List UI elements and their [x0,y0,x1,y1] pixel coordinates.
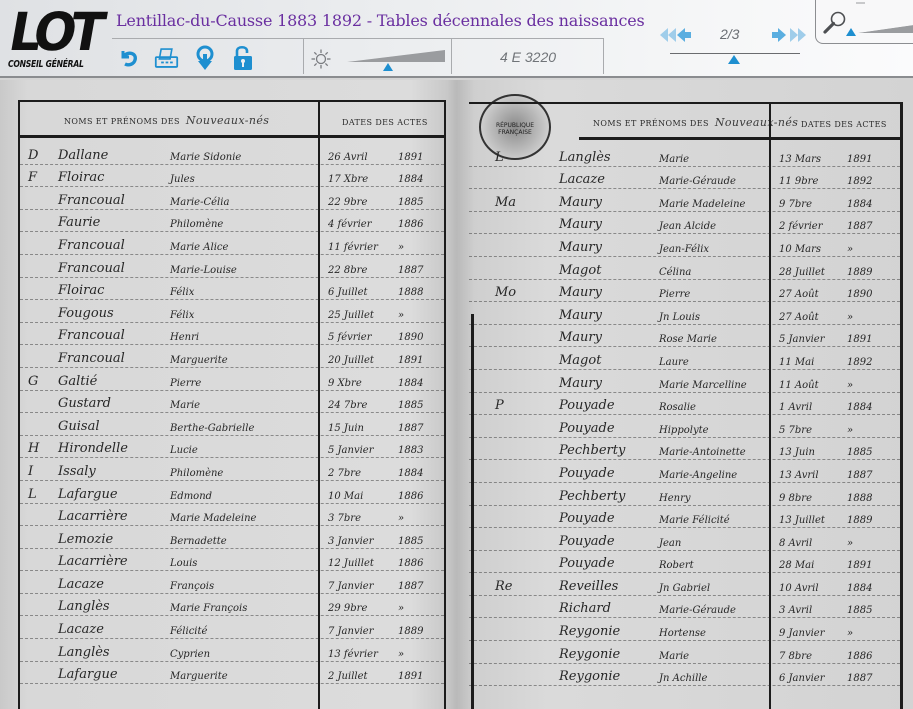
birth-year: » [847,312,853,323]
table-header: NOMS ET PRÉNOMS DESNouveaux-nés DATES DE… [20,102,444,138]
first-names: Henri [170,332,199,343]
first-names: Marguerite [170,355,228,366]
header-handwritten: Nouveaux-nés [715,116,798,129]
first-names: Marie-Antoinette [659,447,746,458]
first-names: Robert [659,560,694,571]
first-names: Marie-Louise [170,265,237,276]
document-title: Lentillac-du-Causse 1883 1892 - Tables d… [116,11,645,30]
birth-date: 4 février [328,219,372,230]
birth-year: 1885 [847,605,872,616]
first-names: Marie Marcelline [659,380,747,391]
first-names: Jean Alcide [659,221,716,232]
surname: Magot [559,263,601,278]
birth-year: 1888 [398,287,423,298]
surname: Magot [559,353,601,368]
zoom-slider-track[interactable] [858,23,913,33]
table-row: MauryRose Marie5 Janvier1891 [469,325,900,348]
viewer-header: LOT CONSEIL GÉNÉRAL Lentillac-du-Causse … [0,0,913,78]
birth-date: 3 7bre [328,513,361,524]
table-row: PPouyadeRosalie1 Avril1884 [469,393,900,416]
birth-date: 11 9bre [779,176,818,187]
table-row: FrancoualMarie-Louise22 8bre1887 [20,255,444,278]
table-row: PechbertyHenry9 8bre1888 [469,483,900,506]
birth-year: » [398,603,404,614]
birth-date: 6 Janvier [779,673,825,684]
first-names: Pierre [659,289,690,300]
birth-date: 2 7bre [328,468,361,479]
page-indicator: 2/3 [720,26,739,42]
birth-year: 1886 [847,651,872,662]
back-button[interactable] [116,44,141,72]
table-row: FrancoualMarie-Célia22 9bre1885 [20,187,444,210]
birth-year: » [847,244,853,255]
lock-button[interactable] [230,44,255,72]
surname: Maury [559,308,602,323]
birth-year: 1883 [398,445,423,456]
birth-date: 25 Juillet [328,310,374,321]
birth-year: 1887 [398,581,423,592]
index-letter: P [495,398,504,413]
birth-date: 9 7bre [779,199,812,210]
header-names-column: NOMS ET PRÉNOMS DESNouveaux-nés [593,116,798,129]
birth-date: 7 8bre [779,651,812,662]
table-row: PechbertyMarie-Antoinette13 Juin1885 [469,438,900,461]
surname: Maury [559,330,602,345]
birth-year: 1889 [847,267,872,278]
table-row: MauryJean Alcide2 février1887 [469,212,900,235]
table-row: MauryJean-Félix10 Mars» [469,234,900,257]
page-slider-thumb[interactable] [728,55,740,64]
birth-date: 9 8bre [779,493,812,504]
birth-date: 13 Avril [779,470,819,481]
birth-year: » [398,513,404,524]
table-row: ReygonieJn Achille6 Janvier1887 [469,664,900,687]
previous-page-button[interactable] [676,27,692,43]
table-row: MoMauryPierre27 Août1890 [469,280,900,303]
table-row: HHirondelleLucie5 Janvier1883 [20,436,444,459]
surname: Pechberty [559,443,625,458]
birth-date: 5 Janvier [779,334,825,345]
table-row: MauryJn Louis27 Août» [469,302,900,325]
birth-year: 1890 [398,332,423,343]
birth-date: 29 9bre [328,603,367,614]
logo[interactable]: LOT CONSEIL GÉNÉRAL [6,4,106,74]
birth-date: 1 Avril [779,402,812,413]
birth-year: 1887 [847,470,872,481]
birth-year: » [398,649,404,660]
birth-date: 10 Mai [328,491,363,502]
birth-date: 15 Juin [328,423,364,434]
surname: Pouyade [559,398,615,413]
first-names: Jn Louis [659,312,700,323]
birth-year: 1891 [398,355,423,366]
birth-year: » [847,538,853,549]
birth-year: 1885 [398,400,423,411]
table-row: RichardMarie-Géraude3 Avril1885 [469,596,900,619]
undo-arrow-icon [118,47,140,69]
surname: Pouyade [559,534,615,549]
first-names: Bernadette [170,536,227,547]
first-names: Marie [170,400,200,411]
table-row: LacarrièreMarie Madeleine3 7bre» [20,504,444,527]
first-names: Jean [659,538,681,549]
zoom-out-button[interactable] [856,2,865,4]
birth-date: 11 février [328,242,378,253]
surname: Langlès [58,645,110,660]
first-names: Philomène [170,219,223,230]
birth-date: 5 7bre [779,425,812,436]
birth-date: 27 Août [779,289,819,300]
sun-icon [311,49,331,69]
table-row: DDallaneMarie Sidonie26 Avril1891 [20,142,444,165]
surname: Maury [559,285,602,300]
surname: Lafargue [58,667,118,682]
surname: Pouyade [559,556,615,571]
first-names: Rosalie [659,402,696,413]
first-names: Hippolyte [659,425,709,436]
birth-year: 1888 [847,493,872,504]
first-names: Marie-Géraude [659,176,736,187]
index-letter: D [28,148,38,163]
zoom-control [815,0,913,44]
table-header: NOMS ET PRÉNOMS DESNouveaux-nés DATES DE… [579,104,900,140]
birth-year: 1886 [398,558,423,569]
birth-date: 20 Juillet [328,355,374,366]
surname: Francoual [58,238,125,253]
first-names: Laure [659,357,689,368]
table-row: FFloiracJules17 Xbre1884 [20,165,444,188]
table-row: LanglèsCyprien13 février» [20,639,444,662]
first-names: Edmond [170,491,212,502]
birth-date: 2 Juillet [328,671,368,682]
first-names: Marie-Célia [170,197,229,208]
first-names: Félix [170,310,194,321]
surname: Lacarrière [58,509,128,524]
birth-year: 1891 [398,671,423,682]
table-row: ReReveillesJn Gabriel10 Avril1884 [469,573,900,596]
birth-year: 1891 [847,334,872,345]
surname: Galtié [58,374,97,389]
logo-subtitle: CONSEIL GÉNÉRAL [8,59,84,70]
download-icon [194,45,216,71]
birth-year: 1891 [398,152,423,163]
header-handwritten: Nouveaux-nés [186,114,269,127]
surname: Reveilles [559,579,618,594]
register-table-left: NOMS ET PRÉNOMS DESNouveaux-nés DATES DE… [18,100,446,709]
birth-year: 1889 [847,515,872,526]
toolbar [112,40,255,76]
first-names: Marie Alice [170,242,228,253]
surname: Lafargue [58,487,118,502]
surname: Pouyade [559,421,615,436]
register-rows: LLanglèsMarie13 Mars1891LacazeMarie-Géra… [469,144,900,686]
surname: Fougous [58,306,114,321]
toolbar-separator [603,38,604,74]
printer-icon [154,46,179,70]
table-row: PouyadeHippolyte5 7bre» [469,415,900,438]
table-row: GustardMarie24 7bre1885 [20,391,444,414]
print-button[interactable] [154,44,179,72]
birth-year: 1884 [398,468,423,479]
birth-date: 11 Août [779,380,819,391]
surname: Faurie [58,215,100,230]
birth-date: 9 Janvier [779,628,825,639]
birth-year: 1891 [847,154,872,165]
index-letter: Re [495,579,512,594]
next-page-button[interactable] [771,27,787,43]
table-row: FloiracFélix6 Juillet1888 [20,278,444,301]
surname: Lacarrière [58,554,128,569]
table-row: LafargueMarguerite2 Juillet1891 [20,662,444,685]
document-viewer[interactable]: NOMS ET PRÉNOMS DESNouveaux-nés DATES DE… [0,80,913,709]
first-names: Louis [170,558,197,569]
birth-year: » [847,380,853,391]
surname: Lacaze [58,622,104,637]
table-row: LacazeMarie-Géraude11 9bre1892 [469,167,900,190]
birth-year: 1890 [847,289,872,300]
birth-date: 5 février [328,332,372,343]
first-names: Lucie [170,445,198,456]
surname: Dallane [58,148,108,163]
table-row: IIssalyPhilomène2 7bre1884 [20,458,444,481]
first-names: Marie [659,154,689,165]
first-names: Philomène [170,468,223,479]
birth-year: 1884 [398,174,423,185]
table-row: FrancoualMarguerite20 Juillet1891 [20,345,444,368]
birth-date: 13 Juillet [779,515,825,526]
first-names: François [170,581,214,592]
table-row: MauryMarie Marcelline11 Août» [469,370,900,393]
table-row: PouyadeRobert28 Mai1891 [469,551,900,574]
birth-year: » [847,425,853,436]
surname: Maury [559,195,602,210]
surname: Langlès [58,599,110,614]
first-names: Marie Félicité [659,515,730,526]
left-page: NOMS ET PRÉNOMS DESNouveaux-nés DATES DE… [0,80,452,709]
table-row: LacazeFrançois7 Janvier1887 [20,571,444,594]
header-dates-column: DATES DES ACTES [342,118,428,127]
register-rows: DDallaneMarie Sidonie26 Avril1891FFloira… [20,142,444,684]
logo-mark: LOT [5,3,104,62]
birth-date: 13 Mars [779,154,821,165]
table-row: MagotLaure11 Mai1892 [469,347,900,370]
unlock-icon [233,45,253,71]
first-names: Jean-Félix [659,244,709,255]
birth-year: » [398,310,404,321]
table-row: LLafargueEdmond10 Mai1886 [20,481,444,504]
table-row: PouyadeMarie-Angeline13 Avril1887 [469,460,900,483]
table-row: PouyadeMarie Félicité13 Juillet1889 [469,506,900,529]
birth-year: 1886 [398,219,423,230]
table-row: ReygonieHortense9 Janvier» [469,618,900,641]
table-row: FrancoualHenri5 février1890 [20,323,444,346]
table-row: FrancoualMarie Alice11 février» [20,232,444,255]
surname: Hirondelle [58,441,128,456]
surname: Maury [559,217,602,232]
table-row: MagotCélina28 Juillet1889 [469,257,900,280]
birth-date: 6 Juillet [328,287,368,298]
last-page-button[interactable] [788,27,808,43]
birth-date: 27 Août [779,312,819,323]
table-row: FougousFélix25 Juillet» [20,300,444,323]
index-letter: I [28,464,33,479]
birth-year: 1884 [847,583,872,594]
index-letter: G [28,374,38,389]
birth-date: 28 Mai [779,560,814,571]
birth-year: 1886 [398,491,423,502]
birth-year: 1885 [398,536,423,547]
surname: Francoual [58,351,125,366]
birth-year: » [847,628,853,639]
first-names: Célina [659,267,691,278]
surname: Floirac [58,170,104,185]
first-names: Félix [170,287,194,298]
birth-date: 7 Janvier [328,626,374,637]
birth-date: 5 Janvier [328,445,374,456]
surname: Francoual [58,193,125,208]
first-names: Félicité [170,626,207,637]
magnifier-icon [822,10,848,36]
first-names: Marguerite [170,671,228,682]
birth-date: 3 Avril [779,605,812,616]
surname: Pouyade [559,511,615,526]
surname: Pouyade [559,466,615,481]
table-row: ReygonieMarie7 8bre1886 [469,641,900,664]
index-letter: L [495,150,504,165]
birth-year: 1889 [398,626,423,637]
register-table-right: NOMS ET PRÉNOMS DESNouveaux-nés DATES DE… [469,102,903,709]
surname: Reygonie [559,647,620,662]
first-names: Rose Marie [659,334,717,345]
first-names: Berthe-Gabrielle [170,423,254,434]
surname: Francoual [58,261,125,276]
table-row: LacazeFélicité7 Janvier1889 [20,616,444,639]
header-names-column: NOMS ET PRÉNOMS DESNouveaux-nés [64,114,269,127]
index-letter: Mo [495,285,516,300]
surname: Lemozie [58,532,113,547]
birth-date: 10 Avril [779,583,819,594]
birth-year: » [398,242,404,253]
birth-date: 13 février [328,649,378,660]
birth-date: 28 Juillet [779,267,825,278]
page-navigator: 2/3 [658,22,808,72]
birth-year: 1887 [847,221,872,232]
first-names: Marie François [170,603,247,614]
table-row: PouyadeJean8 Avril» [469,528,900,551]
birth-date: 9 Xbre [328,378,362,389]
surname: Reygonie [559,669,620,684]
index-letter: F [28,170,37,185]
first-names: Jules [170,174,195,185]
table-row: LemozieBernadette3 Janvier1885 [20,526,444,549]
table-row: LacarrièreLouis12 Juillet1886 [20,549,444,572]
surname: Issaly [58,464,96,479]
birth-date: 3 Janvier [328,536,374,547]
first-names: Marie-Géraude [659,605,736,616]
index-letter: H [28,441,39,456]
surname: Maury [559,376,602,391]
birth-year: 1884 [847,402,872,413]
first-names: Marie Madeleine [170,513,256,524]
first-names: Marie Sidonie [170,152,241,163]
birth-year: 1887 [398,423,423,434]
birth-year: 1887 [847,673,872,684]
surname: Lacaze [58,577,104,592]
table-row: LanglèsMarie François29 9bre» [20,594,444,617]
birth-date: 8 Avril [779,538,812,549]
birth-year: 1885 [398,197,423,208]
surname: Pechberty [559,489,625,504]
table-row: GuisalBerthe-Gabrielle15 Juin1887 [20,413,444,436]
first-names: Henry [659,493,691,504]
archive-reference: 4 E 3220 [452,40,604,74]
first-names: Pierre [170,378,201,389]
first-names: Cyprien [170,649,210,660]
birth-date: 22 9bre [328,197,367,208]
birth-year: 1891 [847,560,872,571]
birth-year: 1892 [847,357,872,368]
birth-year: 1884 [847,199,872,210]
download-button[interactable] [192,44,217,72]
birth-date: 11 Mai [779,357,814,368]
birth-year: 1884 [398,378,423,389]
table-row: MaMauryMarie Madeleine9 7bre1884 [469,189,900,212]
zoom-slider-thumb[interactable] [846,28,856,36]
first-names: Marie [659,651,689,662]
birth-year: 1885 [847,447,872,458]
first-names: Jn Achille [659,673,707,684]
surname: Richard [559,601,611,616]
first-page-button[interactable] [658,27,678,43]
birth-date: 17 Xbre [328,174,368,185]
index-letter: L [28,487,37,502]
index-letter: Ma [495,195,516,210]
surname: Guisal [58,419,100,434]
first-names: Marie-Angeline [659,470,737,481]
birth-date: 12 Juillet [328,558,374,569]
birth-date: 2 février [779,221,823,232]
surname: Reygonie [559,624,620,639]
first-names: Hortense [659,628,706,639]
birth-date: 10 Mars [779,244,821,255]
table-row: LLanglèsMarie13 Mars1891 [469,144,900,167]
birth-date: 13 Juin [779,447,815,458]
section-bar [471,314,474,709]
first-names: Marie Madeleine [659,199,745,210]
table-row: FauriePhilomène4 février1886 [20,210,444,233]
table-row: GGaltiéPierre9 Xbre1884 [20,368,444,391]
brightness-slider-thumb[interactable] [383,63,393,71]
first-names: Jn Gabriel [659,583,710,594]
brightness-control [305,40,451,76]
toolbar-divider [112,38,604,39]
surname: Maury [559,240,602,255]
surname: Francoual [58,328,125,343]
toolbar-separator [303,38,304,74]
birth-year: 1887 [398,265,423,276]
brightness-slider-track[interactable] [347,50,445,62]
right-page: RÉPUBLIQUE FRANÇAISE NOMS ET PRÉNOMS DES… [455,80,913,709]
birth-date: 26 Avril [328,152,368,163]
surname: Gustard [58,396,111,411]
header-dates-column: DATES DES ACTES [801,120,887,129]
birth-year: 1892 [847,176,872,187]
birth-date: 24 7bre [328,400,367,411]
birth-date: 22 8bre [328,265,367,276]
birth-date: 7 Janvier [328,581,374,592]
page-slider-track[interactable] [670,53,800,54]
surname: Floirac [58,283,104,298]
